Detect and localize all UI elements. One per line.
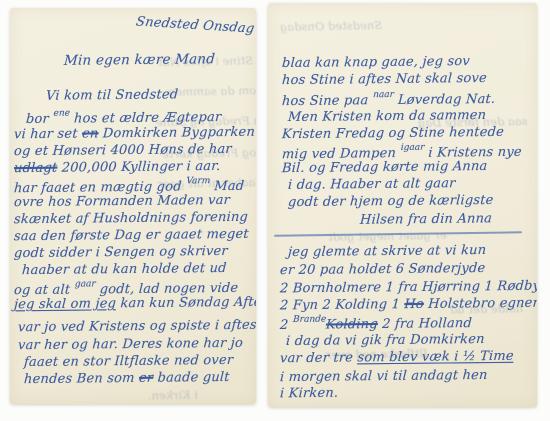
handwritten-line: var jo ved Kristens og spiste i aftes (18, 318, 256, 336)
inserted-word: gaar (75, 279, 96, 289)
handwritten-line: udlagt 200,000 Kyllinger i aar. (14, 159, 221, 176)
inserted-word: ene (53, 109, 70, 119)
handwritten-line: i dag da vi gik fra Domkirken (286, 332, 486, 349)
handwritten-line: Men Kristen kom da sammen (288, 108, 487, 125)
handwriting-segment: godt sidder i Sengen og skriver (14, 244, 229, 261)
inserted-word: Varm (186, 176, 210, 186)
handwritten-line: i dag. Haaber at alt gaar (288, 176, 456, 193)
handwritten-line: faaet en stor Iltflaske ned over (24, 353, 234, 370)
handwriting-segment: i morgen skal vi til andagt hen (280, 368, 488, 385)
inserted-word: Brande (293, 315, 327, 325)
handwritten-line: Bil. og Fredag kørte mig Anna (282, 159, 488, 176)
bleed-through-text: i Kirken. (148, 388, 199, 403)
handwriting-segment: Vi kom til Snedsted (46, 87, 179, 103)
handwriting-segment: i dag. Haaber at alt gaar (288, 176, 456, 193)
handwritten-line: var her og har. Deres kone har jo (18, 336, 244, 353)
struck-word: Kolding (325, 317, 378, 333)
handwritten-line: bor ene hos et ældre Ægtepar (25, 107, 221, 127)
handwriting-segment: Holstebro egnen (423, 296, 537, 312)
struck-word: Ho (404, 297, 424, 312)
handwriting-segment: 2 Bornholmere 1 fra Hjørring 1 Rødby (280, 279, 537, 297)
handwriting-segment: hos et ældre Ægtepar (69, 110, 222, 127)
handwriting-segment: bor (25, 112, 53, 127)
handwriting-segment: vi har set (14, 127, 83, 143)
handwritten-line: og et Hønseri 4000 Høns de har (14, 142, 233, 159)
struck-word: er (139, 371, 154, 386)
handwriting-segment: Bil. og Fredag kørte mig Anna (282, 159, 488, 176)
handwritten-line: Vi kom til Snedsted (46, 87, 179, 103)
salutation: Min egen kære Mand (64, 51, 216, 69)
handwriting-segment: Snedsted Onsdag (135, 14, 256, 36)
handwritten-line: er 20 paa holdet 6 Sønderjyde (280, 261, 486, 278)
handwriting-segment: Kristen Fredag og Stine hentede (282, 125, 505, 142)
handwriting-segment: og et Hønseri 4000 Høns de har (14, 142, 233, 159)
handwritten-line: saa den første Dag er gaaet meget (14, 227, 250, 244)
underlined-phrase: jeg skal om jeg (14, 296, 117, 312)
photo-background: hos Stine i aftes Natkom da sammenKriste… (0, 0, 550, 421)
letter-page-left: hos Stine i aftes Natkom da sammenKriste… (10, 8, 256, 404)
handwritten-line: 2 Fyn 2 Kolding 1 Ho Holstebro egnen (280, 296, 537, 314)
bleed-through-text: kom da sammen (168, 83, 256, 99)
handwriting-segment: hendes Ben som (24, 371, 140, 387)
handwriting-segment: hos Sine paa (281, 93, 373, 109)
struck-word: en (82, 126, 99, 141)
handwritten-line: ovre hos Formanden Maden var (14, 193, 231, 210)
handwritten-line: hos Stine i aftes Nat skal sove (282, 71, 488, 88)
inserted-word: igaar (400, 143, 424, 153)
postscript-line: jeg glemte at skrive at vi kun (288, 243, 487, 260)
signature: Hilsen fra din Anna (360, 211, 493, 227)
handwritten-line: godt der hjem og de kærligste (288, 193, 494, 210)
handwriting-segment: Hilsen fra din Anna (360, 211, 493, 227)
bleed-through-text: Snedsted Onsdag (280, 18, 383, 34)
handwritten-line: 2 Bornholmere 1 fra Hjørring 1 Rødby (280, 279, 537, 297)
handwriting-segment: jeg glemte at skrive at vi kun (288, 243, 487, 260)
handwriting-segment: i Kirken. (280, 386, 339, 402)
letter-page-right: Snedsted Onsdagsaa den første Dager gaae… (268, 3, 537, 407)
handwriting-segment: Domkirken Bygparken (98, 125, 255, 142)
underlined-phrase: som blev væk i ½ Time (357, 349, 514, 366)
handwritten-line: i Kirken. (280, 386, 339, 402)
handwritten-line: var der tre som blev væk i ½ Time (280, 349, 515, 366)
struck-word: udlagt (14, 161, 58, 176)
handwriting-segment: var jo ved Kristens og spiste i aftes (18, 318, 256, 336)
handwriting-segment: baade gult (153, 370, 230, 386)
handwritten-line: Kristen Fredag og Stine hentede (282, 125, 505, 142)
dateline: Snedsted Onsdag (135, 14, 256, 36)
handwriting-segment: var der tre (280, 350, 358, 366)
handwritten-line: i morgen skal vi til andagt hen (280, 368, 488, 385)
handwriting-segment: faaet en stor Iltflaske ned over (24, 353, 234, 370)
handwriting-segment: Løverdag Nat. (393, 92, 496, 108)
handwritten-line: godt sidder i Sengen og skriver (14, 244, 229, 261)
handwritten-line: skænket af Husholdnings forening (14, 210, 249, 227)
handwritten-line: jeg skal om jeg kan kun Søndag Aften (14, 295, 256, 313)
handwritten-line: 2 BrandeKolding 2 fra Holland (279, 313, 472, 333)
handwriting-segment: haaber at du kan holde det ud (22, 261, 228, 278)
handwritten-line: haaber at du kan holde det ud (22, 261, 228, 278)
handwriting-segment: kan kun Søndag Aften (116, 295, 256, 312)
handwriting-segment: blaa kan knap gaae, jeg sov (282, 54, 471, 71)
handwriting-segment: 2 fra Holland (377, 316, 472, 332)
handwriting-segment: 200,000 Kyllinger i aar. (57, 159, 221, 176)
handwritten-line: hos Sine paa naar Løverdag Nat. (281, 89, 495, 109)
handwriting-segment: godt der hjem og de kærligste (288, 193, 494, 210)
handwriting-segment: hos Stine i aftes Nat skal sove (282, 71, 488, 88)
handwritten-line: hendes Ben som er baade gult (24, 370, 231, 387)
bleed-through-text: er gaaet meget godt (328, 228, 447, 244)
handwriting-segment: saa den første Dag er gaaet meget (14, 227, 250, 244)
handwritten-line: blaa kan knap gaae, jeg sov (282, 54, 471, 71)
handwriting-segment: Mad (209, 179, 244, 194)
handwriting-segment: 2 Fyn 2 Kolding 1 (280, 297, 405, 313)
handwritten-line: vi har set en Domkirken Bygparken (14, 125, 256, 143)
handwriting-segment: var her og har. Deres kone har jo (18, 336, 244, 353)
handwriting-segment: er 20 paa holdet 6 Sønderjyde (280, 261, 486, 278)
handwriting-segment: Min egen kære Mand (64, 51, 216, 69)
handwriting-segment: 2 (279, 318, 293, 333)
inserted-word: naar (373, 90, 394, 100)
handwriting-segment: i dag da vi gik fra Domkirken (286, 332, 486, 349)
handwriting-segment: skænket af Husholdnings forening (14, 210, 249, 227)
handwriting-segment: Men Kristen kom da sammen (288, 108, 487, 125)
handwriting-segment: ovre hos Formanden Maden var (14, 193, 231, 210)
